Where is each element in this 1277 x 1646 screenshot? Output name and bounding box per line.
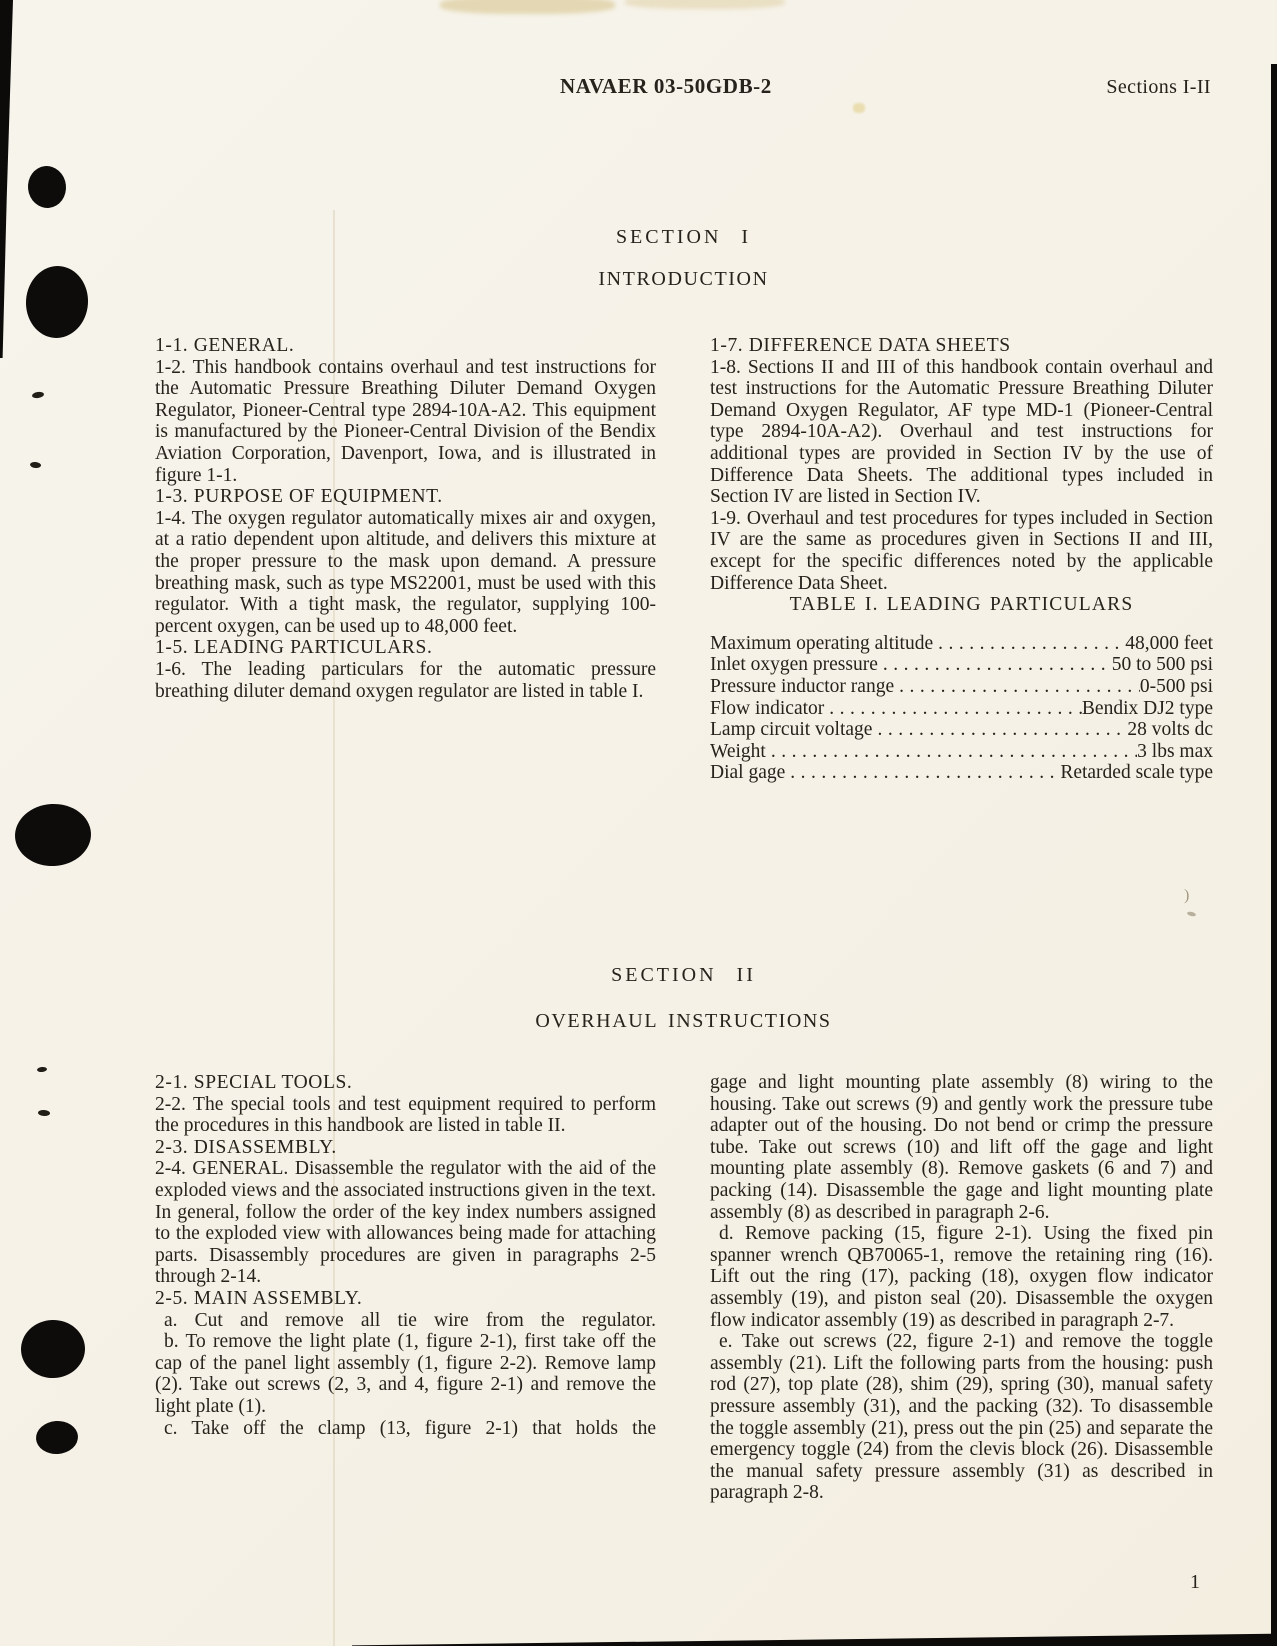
paragraph-continuation: gage and light mounting plate assembly (… [710,1072,1213,1223]
section1-right-column: 1-7. DIFFERENCE DATA SHEETS 1-8. Section… [710,335,1213,784]
heading-1-5-leading-particulars: 1-5. LEADING PARTICULARS. [155,637,656,659]
table-row-label: Dial gage [710,762,785,784]
table-row-label: Lamp circuit voltage [710,719,872,741]
section2-subtitle: OVERHAUL INSTRUCTIONS [155,1010,1212,1033]
dot-leader: ........................................… [894,676,1140,698]
scan-edge-right [1271,64,1277,1646]
table1-leading-particulars: Maximum operating altitude..............… [710,633,1213,784]
dot-leader: ........................................… [824,698,1082,720]
punch-hole [26,164,68,210]
paragraph-1-8: 1-8. Sections II and III of this handboo… [710,357,1213,508]
dot-leader: ........................................… [766,741,1137,763]
step-item-a: a. Cut and remove all tie wire from the … [155,1310,656,1332]
heading-2-3-disassembly: 2-3. DISASSEMBLY. [155,1137,656,1159]
table1-title: TABLE I. LEADING PARTICULARS [710,594,1213,616]
step-item-d: d. Remove packing (15, figure 2-1). Usin… [710,1223,1213,1331]
heading-1-7-difference-data-sheets: 1-7. DIFFERENCE DATA SHEETS [710,335,1213,357]
section2-title: SECTION II [155,964,1212,987]
dot-leader: ........................................… [872,719,1127,741]
dot-leader: ........................................… [785,762,1060,784]
section2-right-column: gage and light mounting plate assembly (… [710,1072,1213,1504]
section1-subtitle: INTRODUCTION [155,268,1212,291]
heading-1-1-general: 1-1. GENERAL. [155,335,656,357]
table-row-label: Maximum operating altitude [710,633,933,655]
ink-speck [37,1066,47,1072]
table-row-label: Pressure inductor range [710,676,894,698]
step-item-b: b. To remove the light plate (1, figure … [155,1331,656,1417]
punch-hole [13,802,92,868]
paragraph-1-4: 1-4. The oxygen regulator automatically … [155,508,656,638]
table-row: Maximum operating altitude..............… [710,633,1213,655]
dot-leader: ........................................… [878,654,1112,676]
punch-hole [35,1420,79,1456]
punch-hole [20,1319,86,1379]
scan-edge-bottom [352,1631,1277,1646]
paragraph-1-6: 1-6. The leading particulars for the aut… [155,659,656,702]
table-row: Weight..................................… [710,741,1213,763]
section1-title: SECTION I [155,226,1212,249]
table-row-value: 48,000 feet [1125,633,1213,655]
margin-mark-speck [1187,911,1197,917]
paragraph-2-2: 2-2. The special tools and test equipmen… [155,1094,656,1137]
section1-left-column: 1-1. GENERAL. 1-2. This handbook contain… [155,335,656,702]
table-row-value: 50 to 500 psi [1112,654,1213,676]
heading-2-1-special-tools: 2-1. SPECIAL TOOLS. [155,1072,656,1094]
ink-speck [38,1110,50,1117]
scan-smudge [853,103,865,113]
table-row: Pressure inductor range.................… [710,676,1213,698]
heading-1-3-purpose: 1-3. PURPOSE OF EQUIPMENT. [155,486,656,508]
paragraph-1-9: 1-9. Overhaul and test procedures for ty… [710,508,1213,594]
manual-page: ) NAVAER 03-50GDB-2 Sections I-II SECTIO… [0,0,1277,1646]
table-row-label: Weight [710,741,766,763]
scan-smudge [625,0,785,9]
table-row-value: Bendix DJ2 type [1082,698,1213,720]
header-sections-label: Sections I-II [1106,76,1211,99]
table-row: Dial gage...............................… [710,762,1213,784]
scan-smudge [440,0,615,14]
table-row-label: Inlet oxygen pressure [710,654,878,676]
section2-left-column: 2-1. SPECIAL TOOLS. 2-2. The special too… [155,1072,656,1439]
margin-mark: ) [1184,888,1189,904]
table-row-value: 3 lbs max [1137,741,1213,763]
table-row: Lamp circuit voltage....................… [710,719,1213,741]
table-row: Inlet oxygen pressure...................… [710,654,1213,676]
step-item-c: c. Take off the clamp (13, figure 2-1) t… [155,1418,656,1440]
punch-hole [24,264,91,340]
step-item-e: e. Take out screws (22, figure 2-1) and … [710,1331,1213,1504]
paragraph-1-2: 1-2. This handbook contains overhaul and… [155,357,656,487]
paragraph-2-4: 2-4. GENERAL. Disassemble the regulator … [155,1158,656,1288]
table-row: Flow indicator..........................… [710,698,1213,720]
heading-2-5-main-assembly: 2-5. MAIN ASSEMBLY. [155,1288,656,1310]
dot-leader: ........................................… [933,633,1125,655]
ink-speck [30,461,42,468]
table-row-label: Flow indicator [710,698,824,720]
table-row-value: Retarded scale type [1060,762,1213,784]
header-doc-number: NAVAER 03-50GDB-2 [560,74,772,99]
page-number: 1 [1190,1571,1200,1594]
table-row-value: 28 volts dc [1127,719,1213,741]
table-row-value: 0-500 psi [1140,676,1213,698]
ink-speck [32,391,45,399]
scan-edge-left [0,0,13,358]
